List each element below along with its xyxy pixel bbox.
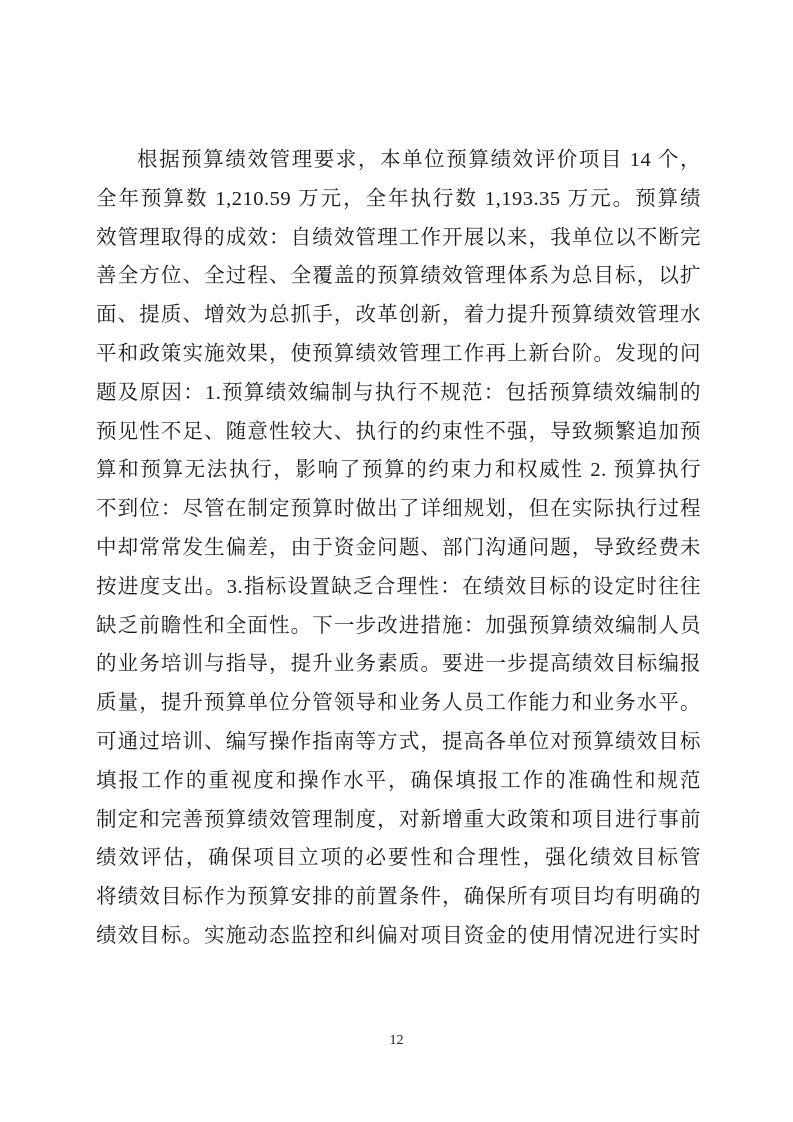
text-line: 缺乏前瞻性和全面性。下一步改进措施：加强预算绩效编制人员 bbox=[96, 607, 701, 646]
text-line: 平和政策实施效果，使预算绩效管理工作再上新台阶。发现的问 bbox=[96, 335, 701, 374]
body-paragraph: 根据预算绩效管理要求，本单位预算绩效评价项目 14 个， 全年预算数 1,210… bbox=[96, 141, 701, 956]
text-line: 可通过培训、编写操作指南等方式，提高各单位对预算绩效目标 bbox=[96, 723, 701, 762]
text-line: 善全方位、全过程、全覆盖的预算绩效管理体系为总目标，以扩 bbox=[96, 257, 701, 296]
text-line: 质量，提升预算单位分管领导和业务人员工作能力和业务水平。 bbox=[96, 684, 701, 723]
text-line: 不到位：尽管在制定预算时做出了详细规划，但在实际执行过程 bbox=[96, 490, 701, 529]
text-line: 填报工作的重视度和操作水平，确保填报工作的准确性和规范性。 bbox=[96, 762, 701, 801]
text-line: 效管理取得的成效：自绩效管理工作开展以来，我单位以不断完 bbox=[96, 219, 701, 258]
text-line: 全年预算数 1,210.59 万元，全年执行数 1,193.35 万元。预算绩 bbox=[96, 180, 701, 219]
text-line: 绩效目标。实施动态监控和纠偏对项目资金的使用情况进行实时 bbox=[96, 917, 701, 956]
text-line: 的业务培训与指导，提升业务素质。要进一步提高绩效目标编报 bbox=[96, 645, 701, 684]
text-line: 绩效评估，确保项目立项的必要性和合理性，强化绩效目标管理， bbox=[96, 839, 701, 878]
text-line: 根据预算绩效管理要求，本单位预算绩效评价项目 14 个， bbox=[96, 141, 701, 180]
text-line: 算和预算无法执行，影响了预算的约束力和权威性 2. 预算执行 bbox=[96, 451, 701, 490]
page-number: 12 bbox=[0, 1033, 793, 1049]
text-line: 预见性不足、随意性较大、执行的约束性不强，导致频繁追加预 bbox=[96, 413, 701, 452]
text-line: 将绩效目标作为预算安排的前置条件，确保所有项目均有明确的 bbox=[96, 878, 701, 917]
text-line: 制定和完善预算绩效管理制度，对新增重大政策和项目进行事前 bbox=[96, 801, 701, 840]
text-line: 面、提质、增效为总抓手，改革创新，着力提升预算绩效管理水 bbox=[96, 296, 701, 335]
document-page: 根据预算绩效管理要求，本单位预算绩效评价项目 14 个， 全年预算数 1,210… bbox=[0, 0, 793, 1122]
text-line: 题及原因：1.预算绩效编制与执行不规范：包括预算绩效编制的 bbox=[96, 374, 701, 413]
text-line: 中却常常发生偏差，由于资金问题、部门沟通问题，导致经费未 bbox=[96, 529, 701, 568]
text-line: 按进度支出。3.指标设置缺乏合理性：在绩效目标的设定时往往 bbox=[96, 568, 701, 607]
